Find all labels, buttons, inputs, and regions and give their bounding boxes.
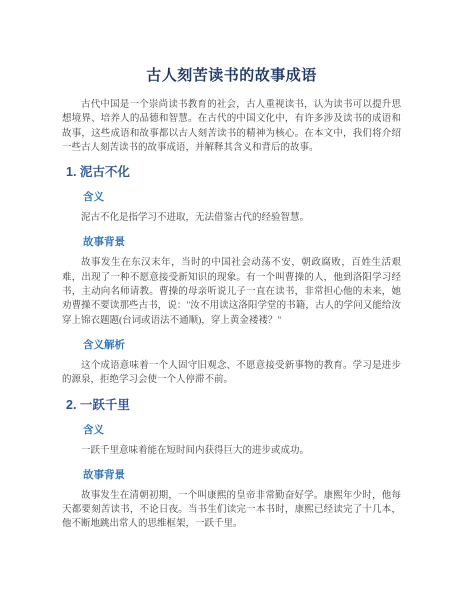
section-2-heading: 2. 一跃千里 bbox=[62, 395, 401, 413]
section-1-background-subheading: 故事背景 bbox=[62, 234, 401, 249]
intro-paragraph: 古代中国是一个崇尚读书教育的社会，古人重视读书，认为读书可以提升思想境界、培养人… bbox=[62, 98, 401, 155]
section-1-meaning-paragraph: 泥古不化是指学习不进取，无法借鉴古代的经验智慧。 bbox=[62, 211, 401, 225]
page-title: 古人刻苦读书的故事成语 bbox=[62, 64, 401, 85]
document-page: 古人刻苦读书的故事成语 古代中国是一个崇尚读书教育的社会，古人重视读书，认为读书… bbox=[0, 0, 463, 600]
section-2-meaning-paragraph: 一跃千里意味着能在短时间内获得巨大的进步或成功。 bbox=[62, 444, 401, 458]
section-1-heading: 1. 泥古不化 bbox=[62, 162, 401, 180]
section-1-meaning-subheading: 含义 bbox=[62, 189, 401, 204]
section-2-background-subheading: 故事背景 bbox=[62, 467, 401, 482]
section-1-analysis-subheading: 含义解析 bbox=[62, 337, 401, 352]
section-2-meaning-subheading: 含义 bbox=[62, 422, 401, 437]
section-1-background-paragraph: 故事发生在东汉末年，当时的中国社会动荡不安，朝政腐败，百姓生活艰难，出现了一种不… bbox=[62, 256, 401, 327]
section-1-analysis-paragraph: 这个成语意味着一个人固守旧观念、不愿意接受新事物的教育。学习是进步的源泉，拒绝学… bbox=[62, 359, 401, 388]
section-2-background-paragraph: 故事发生在清朝初期，一个叫康熙的皇帝非常勤奋好学。康熙年少时，他每天都要刻苦读书… bbox=[62, 489, 401, 532]
